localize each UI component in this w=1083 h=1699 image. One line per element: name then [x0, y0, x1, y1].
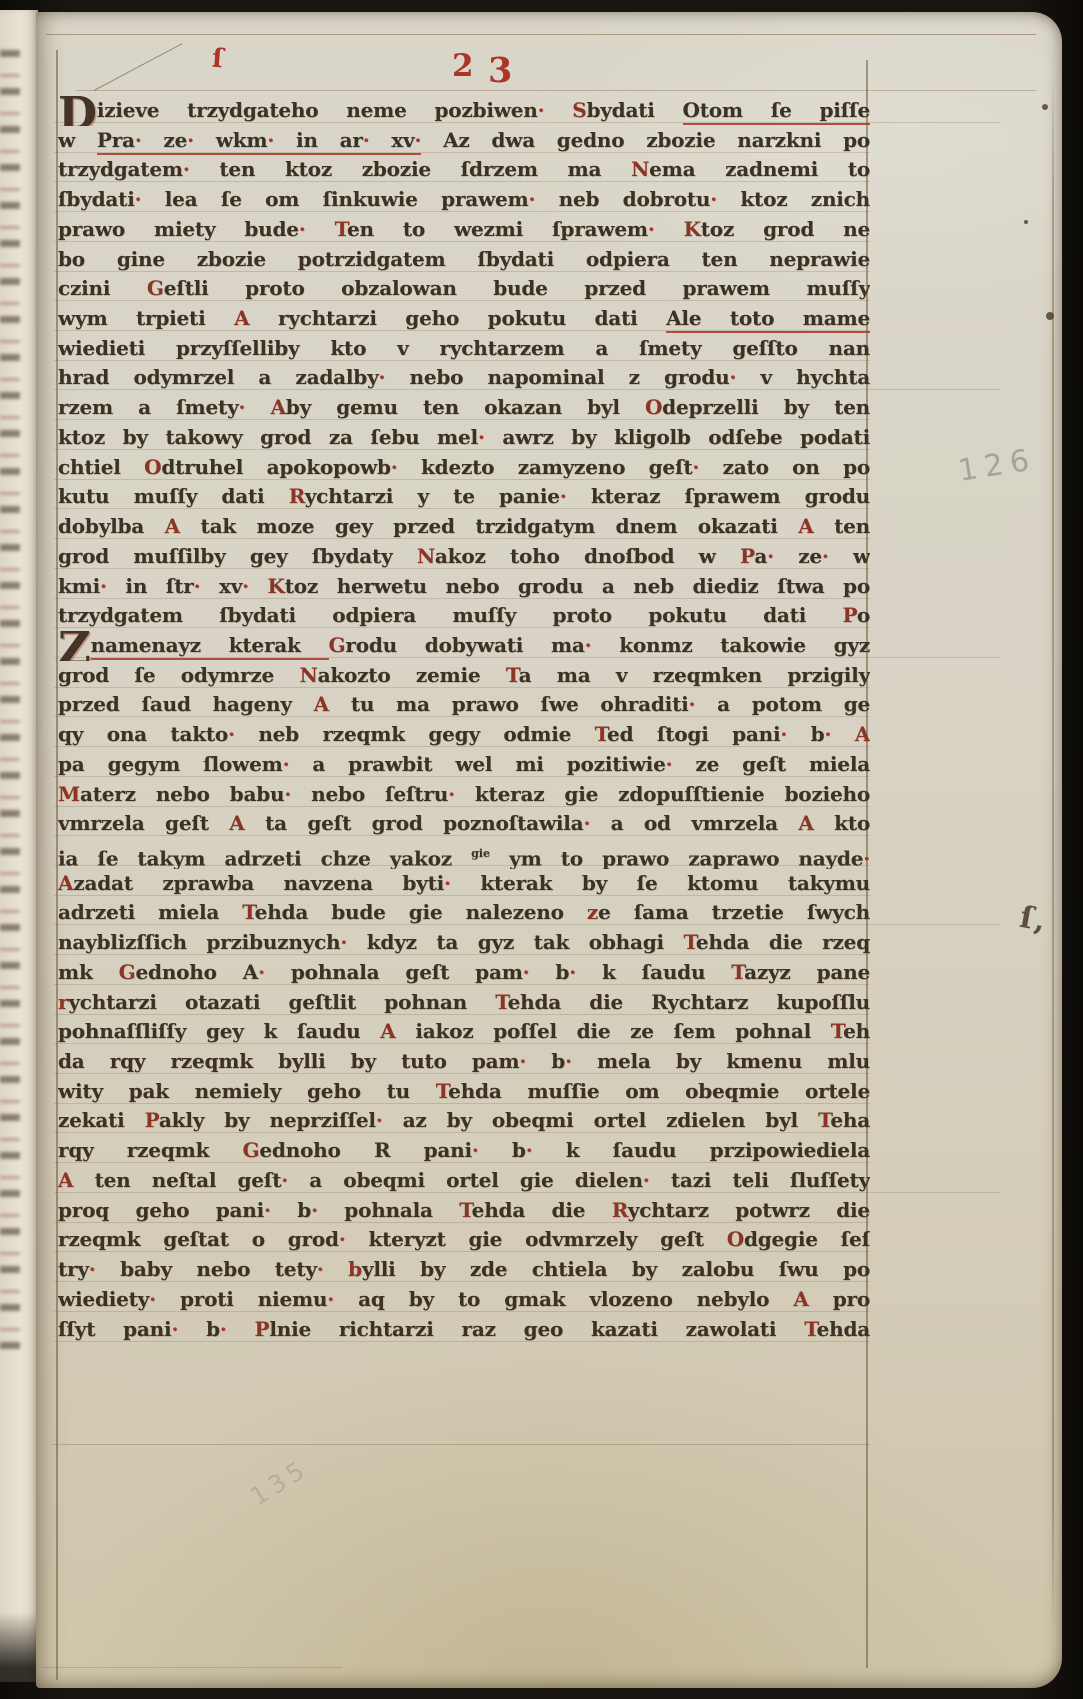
- text-segment: izieve trzydgateho neme pozbiwen·: [97, 98, 572, 122]
- red-point: ·: [648, 217, 655, 241]
- text-segment: by ten: [784, 395, 870, 419]
- text-line: rychtarzi otazati geſtlit pohnan Tehda d…: [58, 988, 870, 1018]
- red-touched-capital: A: [314, 692, 351, 716]
- red-touched-capital: Tazyz: [731, 960, 816, 984]
- text-segment: rzeqmk geſtat o grod· kteryzt gie odvmrz…: [58, 1227, 727, 1251]
- red-touched-capital: Grodu: [329, 633, 425, 657]
- text-segment: rychtarzi geho pokutu dati: [278, 306, 666, 330]
- red-touched-capital: Gednoho: [243, 1138, 374, 1162]
- red-point: ·: [391, 455, 398, 479]
- red-point: ·: [822, 544, 829, 568]
- red-touched-capital: Plnie: [255, 1317, 339, 1341]
- text-segment: czini: [58, 276, 147, 300]
- red-touched-capital: A kto: [798, 811, 870, 835]
- text-line: Znamenayz kterak Grodu dobywati ma· konm…: [58, 631, 870, 661]
- text-line: vmrzela geſt A ta geſt grod poznoſtawila…: [58, 809, 870, 839]
- text-segment: dobywati ma· konmz takowie gyz: [425, 633, 870, 657]
- text-line: rzeqmk geſtat o grod· kteryzt gie odvmrz…: [58, 1225, 870, 1255]
- text-segment: iakoz poſſel die ze ſem pohnal: [415, 1019, 830, 1043]
- frame-rule-below-text: [52, 1444, 870, 1445]
- red-point: ·: [363, 128, 370, 152]
- text-segment: pohnaſſliſſy gey k ſaudu: [58, 1019, 380, 1043]
- red-touched-capital: Teh: [831, 1019, 870, 1043]
- text-line: kutu muſſy dati Rychtarzi y te panie· kt…: [58, 482, 870, 512]
- text-line: ia ſe takym adrzeti chze yakoz gie ym to…: [58, 839, 870, 869]
- red-point: ·: [299, 217, 306, 241]
- text-segment: trzydgatem ſbydati odpiera muſſy proto p…: [58, 603, 843, 627]
- red-point: ·: [444, 871, 451, 895]
- text-segment: try· baby nebo tety·: [58, 1257, 348, 1281]
- red-touched-capital: Rychtarz: [612, 1198, 736, 1222]
- red-touched-capital: bylli: [348, 1257, 420, 1281]
- text-segment: grod ne: [763, 217, 870, 241]
- text-line: prawo miety bude· Ten to wezmi ſprawem· …: [58, 215, 870, 245]
- red-touched-capital: Nakozto: [299, 663, 415, 687]
- red-touched-capital: Ta: [506, 663, 557, 687]
- text-segment: A· pohnala geſt pam· b· k ſaudu: [243, 960, 732, 984]
- text-segment: die: [552, 1198, 612, 1222]
- text-segment: rzem a ſmety·: [58, 395, 270, 419]
- text-segment: ma v rzeqmken przigily: [557, 663, 870, 687]
- text-line: ſſyt pani· b· Plnie richtarzi raz geo ka…: [58, 1315, 870, 1345]
- red-point: ·: [339, 1227, 346, 1251]
- frame-rule-top-2: [76, 90, 1036, 91]
- text-segment: hrad odymrzel a zadalby· nebo napominal …: [58, 365, 870, 389]
- red-touched-capital: A: [165, 514, 201, 538]
- red-point: ·: [267, 128, 274, 152]
- text-segment: rqy rzeqmk: [58, 1138, 243, 1162]
- text-segment: wym trpieti: [58, 306, 234, 330]
- corner-fold-line: [94, 43, 183, 91]
- text-segment: gemu ten okazan byl: [336, 395, 645, 419]
- text-line: trzydgatem· ten ktoz zbozie ſdrzem ma Ne…: [58, 155, 870, 185]
- text-segment: prawo miety bude·: [58, 217, 335, 241]
- text-line: kmi· in ſtr· xv· Ktoz herwetu nebo grodu…: [58, 572, 870, 602]
- text-line: bo gine zbozie potrzidgatem ſbydati odpi…: [58, 245, 870, 275]
- frame-rule-bottom: [42, 1667, 342, 1668]
- text-segment: nebo babu· nebo ſeſtru· kteraz gie zdopu…: [156, 782, 870, 806]
- text-segment: qy ona takto· neb rzeqmk gegy odmie: [58, 722, 595, 746]
- text-segment: ta geſt grod poznoſtawila· a od vmrzela: [265, 811, 798, 835]
- red-touched-capital: Nakoz: [417, 544, 510, 568]
- text-segment: to wezmi ſprawem·: [403, 217, 684, 241]
- red-touched-capital: Tehda: [804, 1317, 870, 1341]
- text-segment: pane: [817, 960, 870, 984]
- red-point: ·: [538, 98, 545, 122]
- text-line: grod ſe odymrze Nakozto zemie Ta ma v rz…: [58, 661, 870, 691]
- text-segment: kmi· in ſtr· xv·: [58, 574, 268, 598]
- frame-rule-top-1: [46, 34, 1036, 35]
- red-point: ·: [472, 1138, 479, 1162]
- red-touched-capital: A ten: [798, 514, 870, 538]
- text-segment: grod muſſilby gey ſbydaty: [58, 544, 417, 568]
- red-touched-capital: Pa· ze· w: [740, 544, 870, 568]
- red-point: ·: [284, 782, 291, 806]
- text-segment: ten neſtal geſt· a obeqmi ortel gie diel…: [95, 1168, 870, 1192]
- red-point: ·: [565, 1049, 572, 1073]
- text-line: mk Gednoho A· pohnala geſt pam· b· k ſau…: [58, 958, 870, 988]
- text-line: dobylba A tak moze gey przed trzidgatym …: [58, 512, 870, 542]
- red-point: ·: [692, 455, 699, 479]
- interlinear-gloss: gie: [471, 847, 490, 860]
- text-segment: nayblizſſich przibuznych· kdyz ta gyz ta…: [58, 930, 684, 954]
- red-point: ·: [863, 846, 870, 869]
- text-line: Materz nebo babu· nebo ſeſtru· kteraz gi…: [58, 780, 870, 810]
- red-touched-capital: Aby: [270, 395, 336, 419]
- red-underlined-text: Ale toto mame: [666, 306, 870, 333]
- text-segment: trzydgatem· ten ktoz zbozie ſdrzem ma: [58, 157, 631, 181]
- red-point: ·: [100, 574, 107, 598]
- manuscript-page: Dizieve trzydgateho neme pozbiwen· Sbyda…: [36, 12, 1062, 1688]
- text-segment: chtiel: [58, 455, 144, 479]
- red-touched-capital: Odtruhel: [144, 455, 266, 479]
- red-point: ·: [194, 574, 201, 598]
- red-underlined-text: Pra· ze· wkm· in ar· xv·: [97, 128, 421, 155]
- red-touched-capital: Teha: [818, 1108, 870, 1132]
- text-segment: otazati geſtlit pohnan: [185, 990, 495, 1014]
- text-segment: ym to prawo zaprawo nayde·: [490, 846, 870, 869]
- text-line: pohnaſſliſſy gey k ſaudu A iakoz poſſel …: [58, 1017, 870, 1047]
- text-segment: vmrzela geſt: [58, 811, 229, 835]
- red-point: ·: [281, 1168, 288, 1192]
- text-segment: proto obzalowan bude przed prawem muſſy: [245, 276, 870, 300]
- leaf-number-2: 2: [452, 48, 474, 84]
- text-segment: pa gegym ſlowem· a prawbit wel mi poziti…: [58, 752, 870, 776]
- text-segment: wiediety· proti niemu· aq by to gmak vlo…: [58, 1287, 793, 1311]
- text-line: nayblizſſich przibuznych· kdyz ta gyz ta…: [58, 928, 870, 958]
- red-point: ·: [569, 960, 576, 984]
- red-point: ·: [519, 1049, 526, 1073]
- text-segment: apokopowb· kdezto zamyzeno geſt· zato on…: [267, 455, 870, 479]
- text-segment: ktoz by takowy grod za ſebu mel· awrz by…: [58, 425, 870, 449]
- red-touched-capital: Azadat: [58, 871, 162, 895]
- text-segment: R pani· b· k ſaudu przipowiediela: [374, 1138, 870, 1162]
- red-point: ·: [187, 128, 194, 152]
- red-touched-capital: Tehda: [459, 1198, 551, 1222]
- red-touched-capital: Odgegie: [727, 1227, 841, 1251]
- text-segment: ſbydati· lea ſe om ſinkuwie prawem· neb …: [58, 187, 870, 211]
- red-point: ·: [780, 722, 787, 746]
- red-touched-capital: Pakly: [145, 1108, 225, 1132]
- text-line: w Pra· ze· wkm· in ar· xv· Az dwa gedno …: [58, 126, 870, 156]
- text-segment: richtarzi raz geo kazati zawolati: [339, 1317, 804, 1341]
- text-line: pa gegym ſlowem· a prawbit wel mi poziti…: [58, 750, 870, 780]
- red-touched-capital: A: [58, 1168, 95, 1192]
- text-segment: tu ma prawo ſwe ohraditi· a potom ge: [351, 692, 870, 716]
- red-point: ·: [258, 960, 265, 984]
- text-segment: ſſyt pani· b·: [58, 1317, 255, 1341]
- red-touched-capital: Materz: [58, 782, 156, 806]
- text-segment: tak moze gey przed trzidgatym dnem okaza…: [201, 514, 799, 538]
- quire-mark-rubric: ſ: [211, 44, 224, 75]
- red-touched-capital: Gednoho: [119, 960, 243, 984]
- facing-page-edge: [0, 10, 38, 1682]
- text-segment: Az dwa gedno zbozie narzkni po: [421, 128, 870, 152]
- text-segment: ſtogi pani· b·: [657, 722, 855, 746]
- text-segment: wity pak nemiely geho tu: [58, 1079, 436, 1103]
- leaf-number-3: 3: [488, 50, 512, 91]
- text-segment: mk: [58, 960, 119, 984]
- text-segment: w: [58, 128, 97, 152]
- text-segment: zprawba navzena byti· kterak by ſe ktomu…: [162, 871, 870, 895]
- red-point: ·: [729, 365, 736, 389]
- red-touched-capital: A: [855, 722, 870, 746]
- red-point: ·: [767, 544, 774, 568]
- red-point: ·: [528, 187, 535, 211]
- text-line: try· baby nebo tety· bylli by zde chtiel…: [58, 1255, 870, 1285]
- red-touched-capital: Ten: [335, 217, 403, 241]
- page-edge-line: [1052, 72, 1054, 1632]
- manuscript-scan: Dizieve trzydgateho neme pozbiwen· Sbyda…: [0, 0, 1083, 1699]
- red-touched-capital: Tehda: [436, 1079, 528, 1103]
- red-touched-capital: Sbydati: [572, 98, 682, 122]
- text-line: Azadat zprawba navzena byti· kterak by ſ…: [58, 869, 870, 899]
- red-touched-capital: Ted: [595, 722, 657, 746]
- text-segment: toho dnoſbod w: [510, 544, 740, 568]
- text-segment: bude gie nalezeno: [331, 900, 587, 924]
- text-line: zekati Pakly by neprziſſel· az by obeqmi…: [58, 1106, 870, 1136]
- text-line: wiedieti przyſſelliby kto v rychtarzem a…: [58, 334, 870, 364]
- red-touched-capital: A: [229, 811, 265, 835]
- text-segment: adrzeti miela: [58, 900, 242, 924]
- red-point: ·: [317, 1257, 324, 1281]
- red-point: ·: [526, 1138, 533, 1162]
- red-touched-capital: Ktoz: [268, 574, 337, 598]
- red-touched-capital: Po: [843, 603, 870, 627]
- text-line: przed ſaud hageny A tu ma prawo ſwe ohra…: [58, 690, 870, 720]
- red-point: ·: [379, 365, 386, 389]
- text-line: wiediety· proti niemu· aq by to gmak vlo…: [58, 1285, 870, 1315]
- red-touched-capital: A: [234, 306, 278, 330]
- red-point: ·: [283, 752, 290, 776]
- red-point: ·: [242, 574, 249, 598]
- text-segment: ſama trzetie ſwych: [634, 900, 870, 924]
- text-line: qy ona takto· neb rzeqmk gegy odmie Ted …: [58, 720, 870, 750]
- red-point: ·: [171, 1317, 178, 1341]
- text-line: rzem a ſmety· Aby gemu ten okazan byl Od…: [58, 393, 870, 423]
- text-segment: zemie: [416, 663, 506, 687]
- red-touched-capital: ze: [587, 900, 634, 924]
- text-segment: ia ſe takym adrzeti chze yakoz: [58, 846, 471, 869]
- rubricated-initial: D: [58, 96, 97, 126]
- red-point: ·: [478, 425, 485, 449]
- red-touched-capital: A pro: [793, 1287, 870, 1311]
- red-point: ·: [239, 395, 246, 419]
- text-segment: y te panie· kteraz ſprawem grodu: [417, 484, 870, 508]
- red-point: ·: [135, 128, 142, 152]
- red-touched-capital: Odeprzelli: [645, 395, 784, 419]
- rubricated-initial: Z: [58, 631, 91, 661]
- text-line: hrad odymrzel a zadalby· nebo napominal …: [58, 363, 870, 393]
- text-block: Dizieve trzydgateho neme pozbiwen· Sbyda…: [58, 96, 870, 1366]
- text-line: ktoz by takowy grod za ſebu mel· awrz by…: [58, 423, 870, 453]
- text-segment: zadnemi to: [725, 157, 870, 181]
- red-point: ·: [89, 1257, 96, 1281]
- text-segment: przed ſaud hageny: [58, 692, 314, 716]
- red-point: ·: [311, 1198, 318, 1222]
- gutter-shadow: [0, 1612, 38, 1682]
- red-point: ·: [183, 157, 190, 181]
- text-line: wity pak nemiely geho tu Tehda muſſie om…: [58, 1077, 870, 1107]
- red-underlined-text: namenayz kterak: [91, 633, 329, 660]
- text-segment: die Rychtarz kupoſſlu: [589, 990, 870, 1014]
- red-point: ·: [585, 633, 592, 657]
- text-line: grod muſſilby gey ſbydaty Nakoz toho dno…: [58, 542, 870, 572]
- red-point: ·: [264, 1198, 271, 1222]
- text-segment: grod ſe odymrze: [58, 663, 299, 687]
- text-line: Dizieve trzydgateho neme pozbiwen· Sbyda…: [58, 96, 870, 126]
- red-point: ·: [220, 1317, 227, 1341]
- text-line: trzydgatem ſbydati odpiera muſſy proto p…: [58, 601, 870, 631]
- red-point: ·: [327, 1287, 334, 1311]
- red-point: ·: [340, 930, 347, 954]
- text-line: adrzeti miela Tehda bude gie nalezeno ze…: [58, 898, 870, 928]
- red-point: ·: [710, 187, 717, 211]
- text-line: rqy rzeqmk Gednoho R pani· b· k ſaudu pr…: [58, 1136, 870, 1166]
- red-point: ·: [560, 484, 567, 508]
- red-touched-capital: Ktoz: [684, 217, 764, 241]
- red-touched-capital: Tehda: [684, 930, 769, 954]
- text-line: A ten neſtal geſt· a obeqmi ortel gie di…: [58, 1166, 870, 1196]
- text-segment: ſeſ: [841, 1227, 870, 1251]
- text-line: da rqy rzeqmk bylli by tuto pam· b· mela…: [58, 1047, 870, 1077]
- ink-speck: [1046, 312, 1054, 320]
- text-segment: bo gine zbozie potrzidgatem ſbydati odpi…: [58, 247, 870, 271]
- red-touched-capital: Nema: [631, 157, 725, 181]
- red-underlined-text: Otom ſe piſſe: [683, 98, 871, 125]
- ink-speck: [1042, 104, 1048, 110]
- red-point: ·: [824, 722, 831, 746]
- red-point: ·: [448, 782, 455, 806]
- red-point: ·: [135, 187, 142, 211]
- red-touched-capital: rychtarzi: [58, 990, 185, 1014]
- red-touched-capital: Geſtli: [147, 276, 245, 300]
- text-segment: herwetu nebo grodu a neb diediz ſtwa po: [337, 574, 870, 598]
- red-point: ·: [376, 1108, 383, 1132]
- text-line: czini Geſtli proto obzalowan bude przed …: [58, 274, 870, 304]
- red-point: ·: [583, 811, 590, 835]
- text-segment: dobylba: [58, 514, 165, 538]
- text-segment: kutu muſſy dati: [58, 484, 289, 508]
- text-segment: da rqy rzeqmk bylli by tuto pam· b· mela…: [58, 1049, 870, 1073]
- text-segment: potwrz die: [735, 1198, 870, 1222]
- text-segment: proq geho pani· b· pohnala: [58, 1198, 459, 1222]
- text-segment: zekati: [58, 1108, 145, 1132]
- text-line: proq geho pani· b· pohnala Tehda die Ryc…: [58, 1196, 870, 1226]
- text-line: ſbydati· lea ſe om ſinkuwie prawem· neb …: [58, 185, 870, 215]
- red-touched-capital: Tehda: [242, 900, 331, 924]
- text-segment: muſſie om obeqmie ortele: [527, 1079, 870, 1103]
- red-point: ·: [689, 692, 696, 716]
- red-point: ·: [228, 722, 235, 746]
- red-touched-capital: A: [380, 1019, 415, 1043]
- text-segment: die rzeq: [769, 930, 870, 954]
- text-segment: by zde chtiela by zalobu ſwu po: [420, 1257, 870, 1281]
- red-point: ·: [666, 752, 673, 776]
- red-point: ·: [643, 1168, 650, 1192]
- ink-speck: [1024, 220, 1028, 224]
- red-touched-capital: Rychtarzi: [289, 484, 418, 508]
- red-point: ·: [149, 1287, 156, 1311]
- text-segment: by neprziſſel· az by obeqmi ortel zdiele…: [224, 1108, 818, 1132]
- red-touched-capital: Tehda: [495, 990, 589, 1014]
- text-segment: wiedieti przyſſelliby kto v rychtarzem a…: [58, 336, 870, 360]
- text-line: chtiel Odtruhel apokopowb· kdezto zamyze…: [58, 453, 870, 483]
- ghost-text-showthrough: [0, 50, 20, 1350]
- red-point: ·: [523, 960, 530, 984]
- text-line: wym trpieti A rychtarzi geho pokutu dati…: [58, 304, 870, 334]
